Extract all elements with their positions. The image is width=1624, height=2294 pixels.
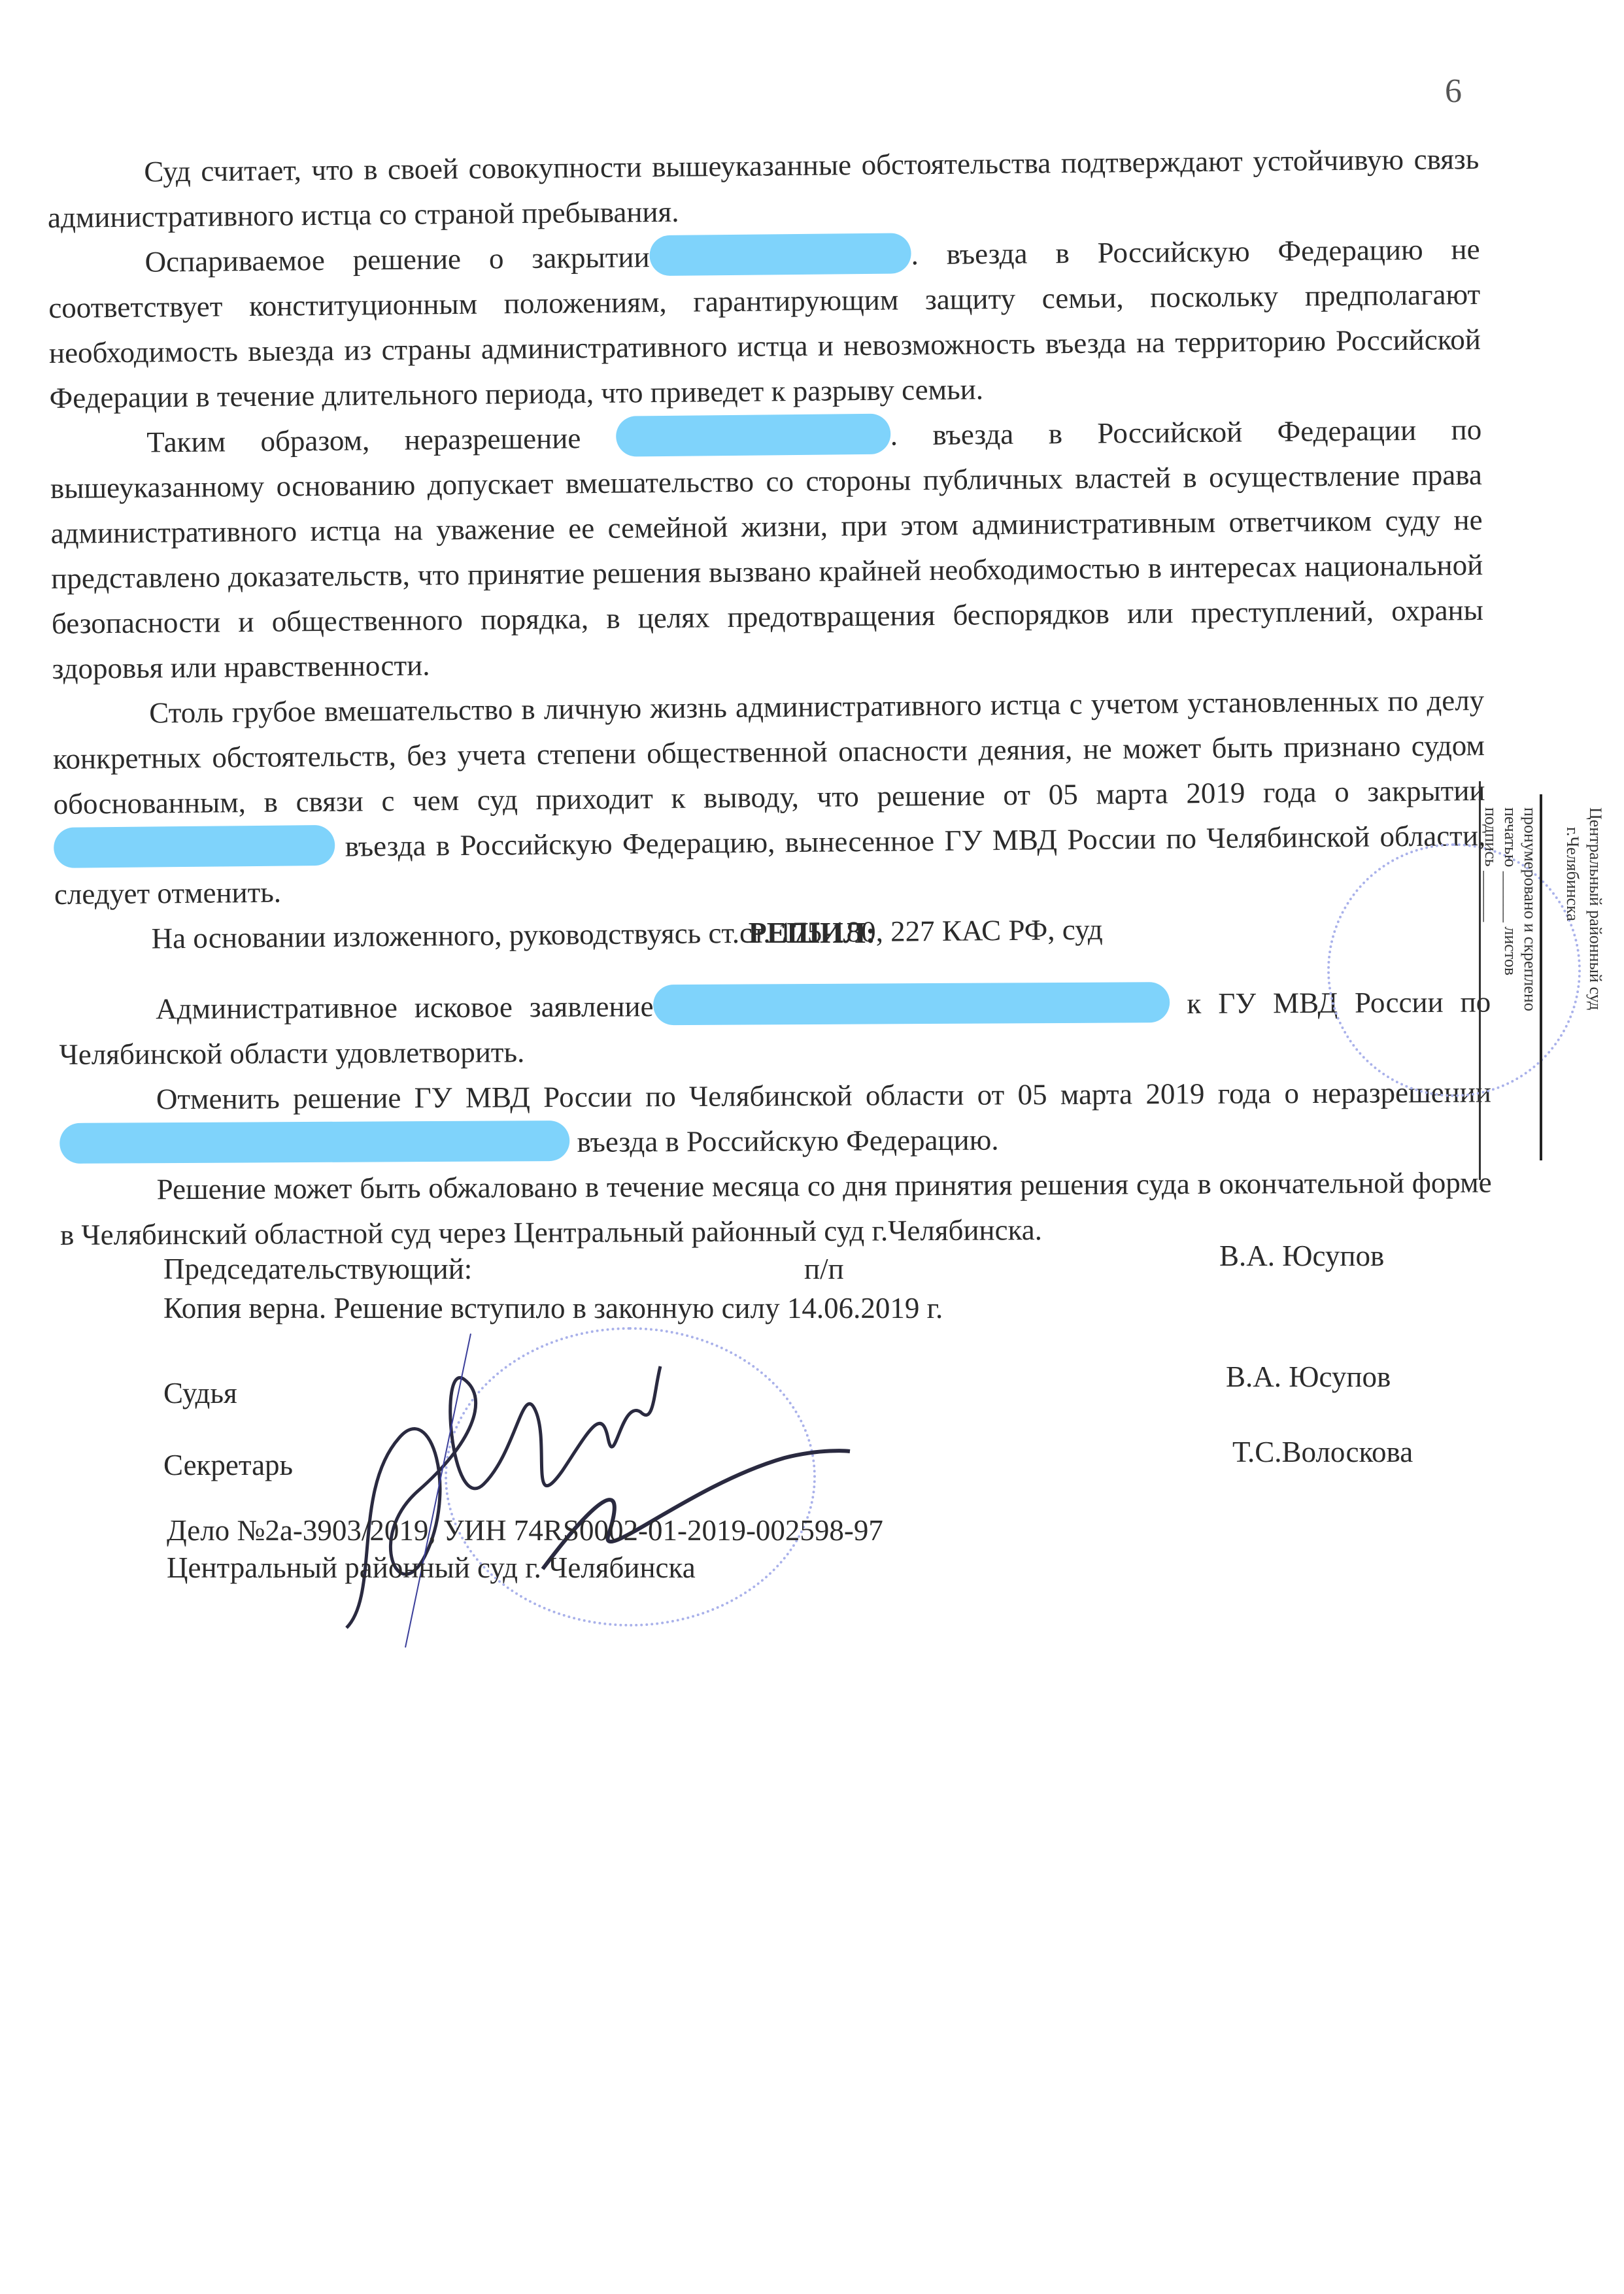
decision-section: Административное исковое заявление к ГУ … xyxy=(59,980,1492,1258)
paragraph-text: Оспариваемое решение о закрытии xyxy=(144,241,649,278)
paragraph-text: Отменить решение ГУ МВД России по Челяби… xyxy=(156,1076,1491,1116)
paragraph: Столь грубое вмешательство в личную жизн… xyxy=(52,678,1486,917)
paragraph: Оспариваемое решение о закрытии. въезда … xyxy=(48,227,1481,421)
secretary-name: Т.С.Волоскова xyxy=(1232,1435,1413,1469)
paragraph: Таким образом, неразрешение . въезда в Р… xyxy=(50,407,1484,692)
redaction-mark xyxy=(615,414,890,457)
judge-label: Судья xyxy=(163,1376,237,1410)
page-number: 6 xyxy=(1445,72,1462,110)
paragraph-text: Суд считает, что в своей совокупности вы… xyxy=(48,143,1480,234)
paragraph-text: Административное исковое заявление xyxy=(156,990,654,1025)
stamp-text: г.Челябинска xyxy=(1563,827,1582,921)
paragraph-text: Столь грубое вмешательство в личную жизн… xyxy=(53,684,1485,820)
document-page: 6 Суд считает, что в своей совокупности … xyxy=(0,0,1624,2294)
judge-name: В.А. Юсупов xyxy=(1226,1360,1391,1394)
presiding-name: В.А. Юсупов xyxy=(1219,1239,1384,1273)
stamp-text: Центральный районный суд xyxy=(1585,807,1605,1010)
paragraph-text: въезда в Российскую Федерацию. xyxy=(577,1123,998,1158)
judge-signature xyxy=(327,1321,1144,1661)
binding-stamp: Центральный районный суд г.Челябинска пр… xyxy=(1479,781,1612,1180)
redaction-mark xyxy=(649,233,911,276)
redaction-mark xyxy=(59,1121,569,1164)
case-number: Дело №2а-3903/2019, УИН 74RS0002-01-2019… xyxy=(167,1513,883,1547)
paragraph-text: Таким образом, неразрешение xyxy=(146,422,581,458)
stamp-text: пронумеровано и скреплено xyxy=(1520,807,1540,1011)
pp-mark: п/п xyxy=(804,1252,844,1286)
presiding-label: Председательствующий: xyxy=(163,1252,472,1286)
court-name: Центральный районный суд г. Челябинска xyxy=(167,1551,696,1585)
paragraph: Отменить решение ГУ МВД России по Челяби… xyxy=(59,1070,1492,1168)
stamp-text: печатью ______ листов xyxy=(1500,807,1520,975)
stamp-text: подпись ______ xyxy=(1481,807,1500,922)
secretary-label: Секретарь xyxy=(163,1448,293,1482)
reasoning-section: Суд считает, что в своей совокупности вы… xyxy=(47,137,1487,962)
paragraph: Суд считает, что в своей совокупности вы… xyxy=(47,137,1480,241)
redaction-mark xyxy=(653,982,1170,1025)
redaction-mark xyxy=(54,825,335,868)
stamp-rule xyxy=(1540,794,1542,1160)
paragraph: Административное исковое заявление к ГУ … xyxy=(59,980,1491,1077)
